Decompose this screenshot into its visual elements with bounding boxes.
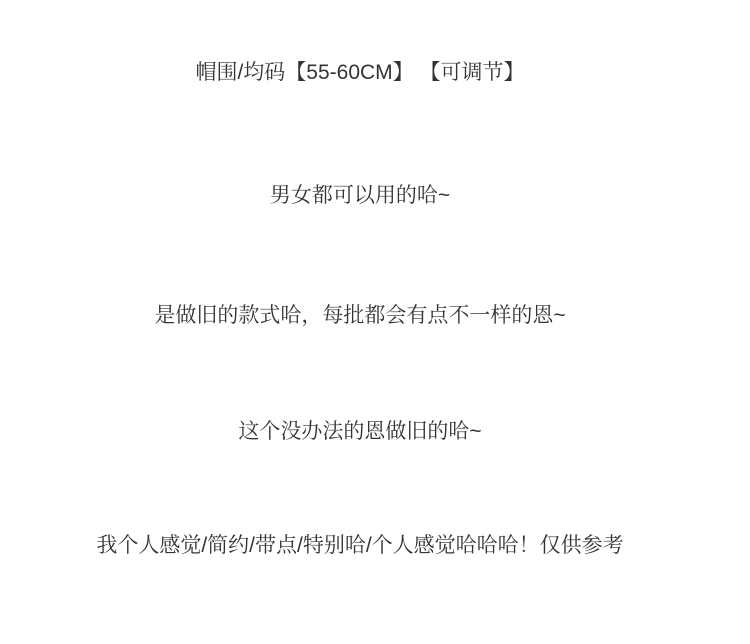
personal-opinion-line: 我个人感觉/简约/带点/特别哈/个人感觉哈哈哈！仅供参考: [0, 532, 720, 560]
size-info-line: 帽围/均码【55-60CM】 【可调节】: [0, 59, 720, 87]
variation-note-line: 这个没办法的恩做旧的哈~: [0, 418, 720, 446]
unisex-note-line: 男女都可以用的哈~: [0, 182, 720, 210]
product-description-page: 帽围/均码【55-60CM】 【可调节】 男女都可以用的哈~ 是做旧的款式哈，每…: [0, 0, 750, 644]
distressed-style-note-line: 是做旧的款式哈，每批都会有点不一样的恩~: [0, 302, 720, 330]
